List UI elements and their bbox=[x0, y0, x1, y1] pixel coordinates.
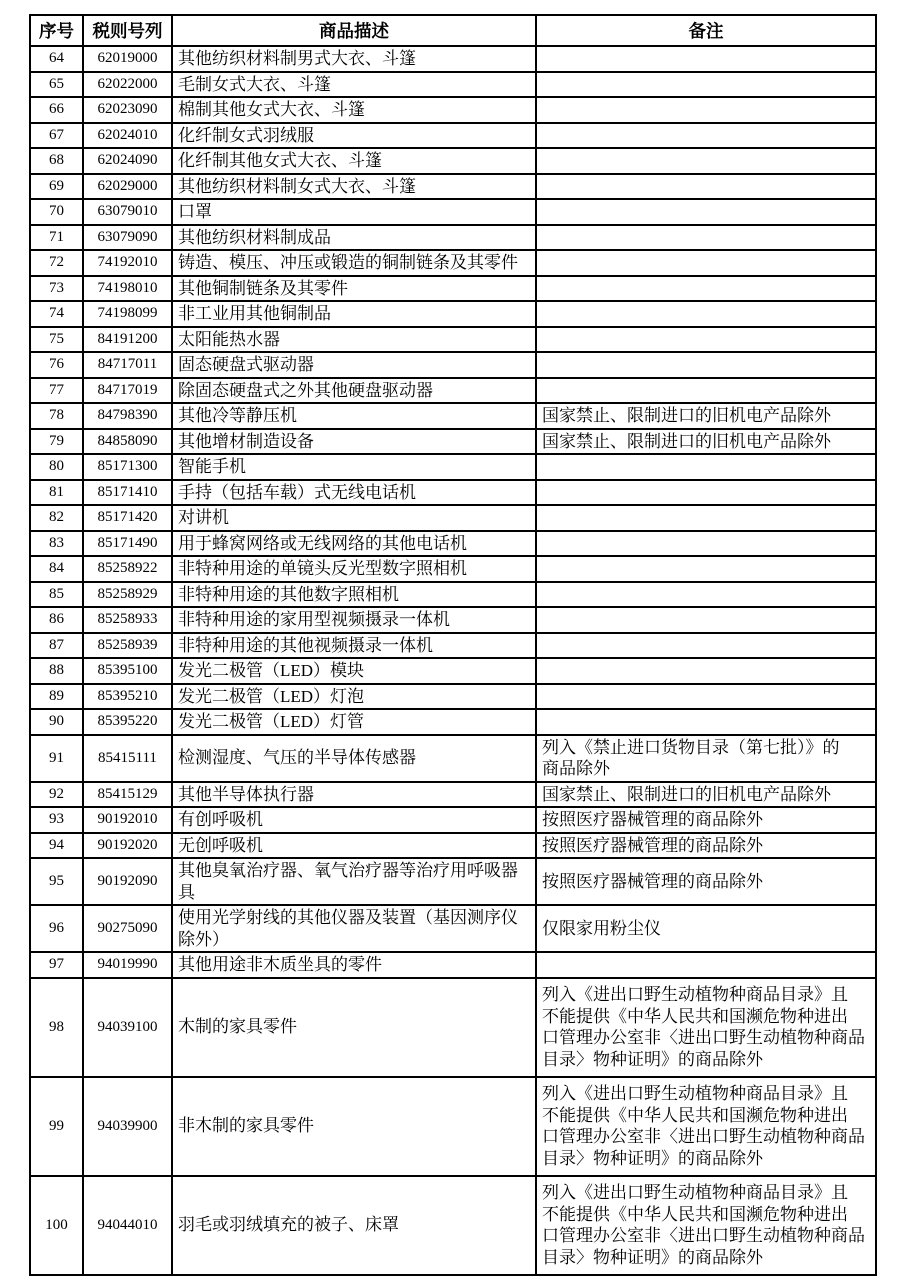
table-row: 8485258922非特种用途的单镜头反光型数字照相机 bbox=[30, 556, 876, 582]
product-description: 无创呼吸机 bbox=[172, 833, 536, 859]
table-row: 8785258939非特种用途的其他视频摄录一体机 bbox=[30, 633, 876, 659]
product-description: 非特种用途的单镜头反光型数字照相机 bbox=[172, 556, 536, 582]
table-row: 7584191200太阳能热水器 bbox=[30, 327, 876, 353]
remark: 国家禁止、限制进口的旧机电产品除外 bbox=[536, 782, 876, 808]
product-description: 铸造、模压、冲压或锻造的铜制链条及其零件 bbox=[172, 250, 536, 276]
column-header-description: 商品描述 bbox=[172, 15, 536, 46]
product-description: 非特种用途的家用型视频摄录一体机 bbox=[172, 607, 536, 633]
tariff-code: 85395100 bbox=[83, 658, 172, 684]
remark bbox=[536, 505, 876, 531]
product-description: 其他用途非木质坐具的零件 bbox=[172, 952, 536, 978]
table-row: 6562022000毛制女式大衣、斗篷 bbox=[30, 72, 876, 98]
row-number: 67 bbox=[30, 123, 83, 149]
tariff-code: 85395220 bbox=[83, 709, 172, 735]
table-row: 9994039900非木制的家具零件列入《进出口野生动植物种商品目录》且 不能提… bbox=[30, 1077, 876, 1176]
table-row: 8585258929非特种用途的其他数字照相机 bbox=[30, 582, 876, 608]
tariff-code: 94039900 bbox=[83, 1077, 172, 1176]
product-description: 其他铜制链条及其零件 bbox=[172, 276, 536, 302]
product-description: 其他纺织材料制成品 bbox=[172, 225, 536, 251]
product-description: 羽毛或羽绒填充的被子、床罩 bbox=[172, 1176, 536, 1275]
remark bbox=[536, 97, 876, 123]
table-row: 9285415129其他半导体执行器国家禁止、限制进口的旧机电产品除外 bbox=[30, 782, 876, 808]
product-description: 其他增材制造设备 bbox=[172, 429, 536, 455]
tariff-code: 62029000 bbox=[83, 174, 172, 200]
row-number: 92 bbox=[30, 782, 83, 808]
tariff-code: 84717019 bbox=[83, 378, 172, 404]
remark: 国家禁止、限制进口的旧机电产品除外 bbox=[536, 403, 876, 429]
remark: 列入《进出口野生动植物种商品目录》且 不能提供《中华人民共和国濒危物种进出 口管… bbox=[536, 1176, 876, 1275]
row-number: 76 bbox=[30, 352, 83, 378]
product-description: 用于蜂窝网络或无线网络的其他电话机 bbox=[172, 531, 536, 557]
tariff-code: 85171410 bbox=[83, 480, 172, 506]
table-row: 7063079010口罩 bbox=[30, 199, 876, 225]
row-number: 98 bbox=[30, 978, 83, 1077]
remark: 按照医疗器械管理的商品除外 bbox=[536, 858, 876, 905]
row-number: 75 bbox=[30, 327, 83, 353]
tariff-table: 序号 税则号列 商品描述 备注 6462019000其他纺织材料制男式大衣、斗篷… bbox=[29, 14, 877, 1276]
remark: 国家禁止、限制进口的旧机电产品除外 bbox=[536, 429, 876, 455]
tariff-code: 90275090 bbox=[83, 905, 172, 952]
row-number: 65 bbox=[30, 72, 83, 98]
remark bbox=[536, 199, 876, 225]
product-description: 木制的家具零件 bbox=[172, 978, 536, 1077]
tariff-code: 85258929 bbox=[83, 582, 172, 608]
product-description: 有创呼吸机 bbox=[172, 807, 536, 833]
product-description: 发光二极管（LED）灯管 bbox=[172, 709, 536, 735]
row-number: 95 bbox=[30, 858, 83, 905]
product-description: 化纤制女式羽绒服 bbox=[172, 123, 536, 149]
product-description: 其他半导体执行器 bbox=[172, 782, 536, 808]
table-row: 9590192090其他臭氧治疗器、氧气治疗器等治疗用呼吸器 具按照医疗器械管理… bbox=[30, 858, 876, 905]
row-number: 91 bbox=[30, 735, 83, 782]
remark bbox=[536, 250, 876, 276]
remark bbox=[536, 148, 876, 174]
remark bbox=[536, 174, 876, 200]
table-row: 6862024090化纤制其他女式大衣、斗篷 bbox=[30, 148, 876, 174]
tariff-code: 90192090 bbox=[83, 858, 172, 905]
tariff-code: 90192020 bbox=[83, 833, 172, 859]
tariff-code: 84858090 bbox=[83, 429, 172, 455]
row-number: 68 bbox=[30, 148, 83, 174]
table-row: 7474198099非工业用其他铜制品 bbox=[30, 301, 876, 327]
table-row: 7684717011固态硬盘式驱动器 bbox=[30, 352, 876, 378]
table-row: 7984858090其他增材制造设备国家禁止、限制进口的旧机电产品除外 bbox=[30, 429, 876, 455]
remark: 按照医疗器械管理的商品除外 bbox=[536, 833, 876, 859]
remark bbox=[536, 46, 876, 72]
header-row: 序号 税则号列 商品描述 备注 bbox=[30, 15, 876, 46]
row-number: 64 bbox=[30, 46, 83, 72]
row-number: 72 bbox=[30, 250, 83, 276]
product-description: 对讲机 bbox=[172, 505, 536, 531]
product-description: 除固态硬盘式之外其他硬盘驱动器 bbox=[172, 378, 536, 404]
remark bbox=[536, 327, 876, 353]
product-description: 非特种用途的其他视频摄录一体机 bbox=[172, 633, 536, 659]
row-number: 70 bbox=[30, 199, 83, 225]
row-number: 88 bbox=[30, 658, 83, 684]
row-number: 66 bbox=[30, 97, 83, 123]
row-number: 87 bbox=[30, 633, 83, 659]
row-number: 73 bbox=[30, 276, 83, 302]
row-number: 86 bbox=[30, 607, 83, 633]
row-number: 71 bbox=[30, 225, 83, 251]
row-number: 93 bbox=[30, 807, 83, 833]
remark bbox=[536, 633, 876, 659]
product-description: 发光二极管（LED）灯泡 bbox=[172, 684, 536, 710]
remark bbox=[536, 378, 876, 404]
remark bbox=[536, 72, 876, 98]
tariff-code: 62024010 bbox=[83, 123, 172, 149]
tariff-code: 94039100 bbox=[83, 978, 172, 1077]
remark bbox=[536, 480, 876, 506]
table-row: 7784717019除固态硬盘式之外其他硬盘驱动器 bbox=[30, 378, 876, 404]
product-description: 使用光学射线的其他仪器及装置（基因测序仪 除外） bbox=[172, 905, 536, 952]
table-row: 9794019990其他用途非木质坐具的零件 bbox=[30, 952, 876, 978]
remark bbox=[536, 607, 876, 633]
remark: 列入《禁止进口货物目录（第七批）》的 商品除外 bbox=[536, 735, 876, 782]
product-description: 发光二极管（LED）模块 bbox=[172, 658, 536, 684]
product-description: 太阳能热水器 bbox=[172, 327, 536, 353]
tariff-code: 85258922 bbox=[83, 556, 172, 582]
product-description: 非特种用途的其他数字照相机 bbox=[172, 582, 536, 608]
table-body: 6462019000其他纺织材料制男式大衣、斗篷6562022000毛制女式大衣… bbox=[30, 46, 876, 1275]
remark: 仅限家用粉尘仪 bbox=[536, 905, 876, 952]
table-row: 9894039100木制的家具零件列入《进出口野生动植物种商品目录》且 不能提供… bbox=[30, 978, 876, 1077]
remark: 列入《进出口野生动植物种商品目录》且 不能提供《中华人民共和国濒危物种进出 口管… bbox=[536, 1077, 876, 1176]
table-row: 9085395220发光二极管（LED）灯管 bbox=[30, 709, 876, 735]
product-description: 手持（包括车载）式无线电话机 bbox=[172, 480, 536, 506]
table-row: 7274192010铸造、模压、冲压或锻造的铜制链条及其零件 bbox=[30, 250, 876, 276]
tariff-code: 62023090 bbox=[83, 97, 172, 123]
table-row: 9690275090使用光学射线的其他仪器及装置（基因测序仪 除外）仅限家用粉尘… bbox=[30, 905, 876, 952]
table-row: 8885395100发光二极管（LED）模块 bbox=[30, 658, 876, 684]
product-description: 化纤制其他女式大衣、斗篷 bbox=[172, 148, 536, 174]
row-number: 90 bbox=[30, 709, 83, 735]
tariff-code: 94044010 bbox=[83, 1176, 172, 1275]
table-row: 9490192020无创呼吸机按照医疗器械管理的商品除外 bbox=[30, 833, 876, 859]
table-row: 10094044010羽毛或羽绒填充的被子、床罩列入《进出口野生动植物种商品目录… bbox=[30, 1176, 876, 1275]
table-row: 9390192010有创呼吸机按照医疗器械管理的商品除外 bbox=[30, 807, 876, 833]
row-number: 96 bbox=[30, 905, 83, 952]
table-row: 8985395210发光二极管（LED）灯泡 bbox=[30, 684, 876, 710]
tariff-code: 84717011 bbox=[83, 352, 172, 378]
table-row: 7884798390其他冷等静压机国家禁止、限制进口的旧机电产品除外 bbox=[30, 403, 876, 429]
row-number: 97 bbox=[30, 952, 83, 978]
product-description: 非工业用其他铜制品 bbox=[172, 301, 536, 327]
tariff-code: 85258939 bbox=[83, 633, 172, 659]
tariff-code: 85171300 bbox=[83, 454, 172, 480]
table-row: 8185171410手持（包括车载）式无线电话机 bbox=[30, 480, 876, 506]
row-number: 89 bbox=[30, 684, 83, 710]
tariff-code: 90192010 bbox=[83, 807, 172, 833]
table-row: 8685258933非特种用途的家用型视频摄录一体机 bbox=[30, 607, 876, 633]
row-number: 77 bbox=[30, 378, 83, 404]
table-row: 6962029000其他纺织材料制女式大衣、斗篷 bbox=[30, 174, 876, 200]
row-number: 84 bbox=[30, 556, 83, 582]
tariff-code: 85415129 bbox=[83, 782, 172, 808]
remark bbox=[536, 276, 876, 302]
remark bbox=[536, 952, 876, 978]
tariff-code: 84798390 bbox=[83, 403, 172, 429]
row-number: 81 bbox=[30, 480, 83, 506]
product-description: 固态硬盘式驱动器 bbox=[172, 352, 536, 378]
table-row: 8385171490用于蜂窝网络或无线网络的其他电话机 bbox=[30, 531, 876, 557]
row-number: 85 bbox=[30, 582, 83, 608]
row-number: 100 bbox=[30, 1176, 83, 1275]
tariff-code: 85258933 bbox=[83, 607, 172, 633]
row-number: 78 bbox=[30, 403, 83, 429]
remark bbox=[536, 556, 876, 582]
product-description: 其他臭氧治疗器、氧气治疗器等治疗用呼吸器 具 bbox=[172, 858, 536, 905]
row-number: 80 bbox=[30, 454, 83, 480]
tariff-code: 84191200 bbox=[83, 327, 172, 353]
tariff-code: 74192010 bbox=[83, 250, 172, 276]
table-row: 9185415111检测湿度、气压的半导体传感器列入《禁止进口货物目录（第七批）… bbox=[30, 735, 876, 782]
table-row: 7163079090其他纺织材料制成品 bbox=[30, 225, 876, 251]
product-description: 毛制女式大衣、斗篷 bbox=[172, 72, 536, 98]
product-description: 棉制其他女式大衣、斗篷 bbox=[172, 97, 536, 123]
remark: 按照医疗器械管理的商品除外 bbox=[536, 807, 876, 833]
remark bbox=[536, 531, 876, 557]
row-number: 99 bbox=[30, 1077, 83, 1176]
tariff-code: 63079090 bbox=[83, 225, 172, 251]
remark bbox=[536, 301, 876, 327]
tariff-code: 85415111 bbox=[83, 735, 172, 782]
tariff-code: 85171490 bbox=[83, 531, 172, 557]
table-row: 6462019000其他纺织材料制男式大衣、斗篷 bbox=[30, 46, 876, 72]
remark bbox=[536, 225, 876, 251]
remark bbox=[536, 684, 876, 710]
remark bbox=[536, 454, 876, 480]
remark bbox=[536, 123, 876, 149]
remark bbox=[536, 352, 876, 378]
tariff-code: 62024090 bbox=[83, 148, 172, 174]
column-header-tariff-code: 税则号列 bbox=[83, 15, 172, 46]
product-description: 其他纺织材料制女式大衣、斗篷 bbox=[172, 174, 536, 200]
product-description: 口罩 bbox=[172, 199, 536, 225]
tariff-code: 85171420 bbox=[83, 505, 172, 531]
column-header-remark: 备注 bbox=[536, 15, 876, 46]
table-row: 8085171300智能手机 bbox=[30, 454, 876, 480]
table-row: 6662023090棉制其他女式大衣、斗篷 bbox=[30, 97, 876, 123]
tariff-code: 74198099 bbox=[83, 301, 172, 327]
tariff-code: 74198010 bbox=[83, 276, 172, 302]
remark bbox=[536, 658, 876, 684]
row-number: 69 bbox=[30, 174, 83, 200]
tariff-code: 62022000 bbox=[83, 72, 172, 98]
document-page: 序号 税则号列 商品描述 备注 6462019000其他纺织材料制男式大衣、斗篷… bbox=[0, 0, 910, 1280]
remark: 列入《进出口野生动植物种商品目录》且 不能提供《中华人民共和国濒危物种进出 口管… bbox=[536, 978, 876, 1077]
row-number: 79 bbox=[30, 429, 83, 455]
table-row: 7374198010其他铜制链条及其零件 bbox=[30, 276, 876, 302]
remark bbox=[536, 582, 876, 608]
column-header-serial: 序号 bbox=[30, 15, 83, 46]
tariff-code: 94019990 bbox=[83, 952, 172, 978]
table-row: 6762024010化纤制女式羽绒服 bbox=[30, 123, 876, 149]
product-description: 其他冷等静压机 bbox=[172, 403, 536, 429]
row-number: 82 bbox=[30, 505, 83, 531]
row-number: 83 bbox=[30, 531, 83, 557]
product-description: 检测湿度、气压的半导体传感器 bbox=[172, 735, 536, 782]
remark bbox=[536, 709, 876, 735]
product-description: 非木制的家具零件 bbox=[172, 1077, 536, 1176]
product-description: 智能手机 bbox=[172, 454, 536, 480]
tariff-code: 63079010 bbox=[83, 199, 172, 225]
row-number: 74 bbox=[30, 301, 83, 327]
tariff-code: 85395210 bbox=[83, 684, 172, 710]
row-number: 94 bbox=[30, 833, 83, 859]
product-description: 其他纺织材料制男式大衣、斗篷 bbox=[172, 46, 536, 72]
table-row: 8285171420对讲机 bbox=[30, 505, 876, 531]
tariff-code: 62019000 bbox=[83, 46, 172, 72]
